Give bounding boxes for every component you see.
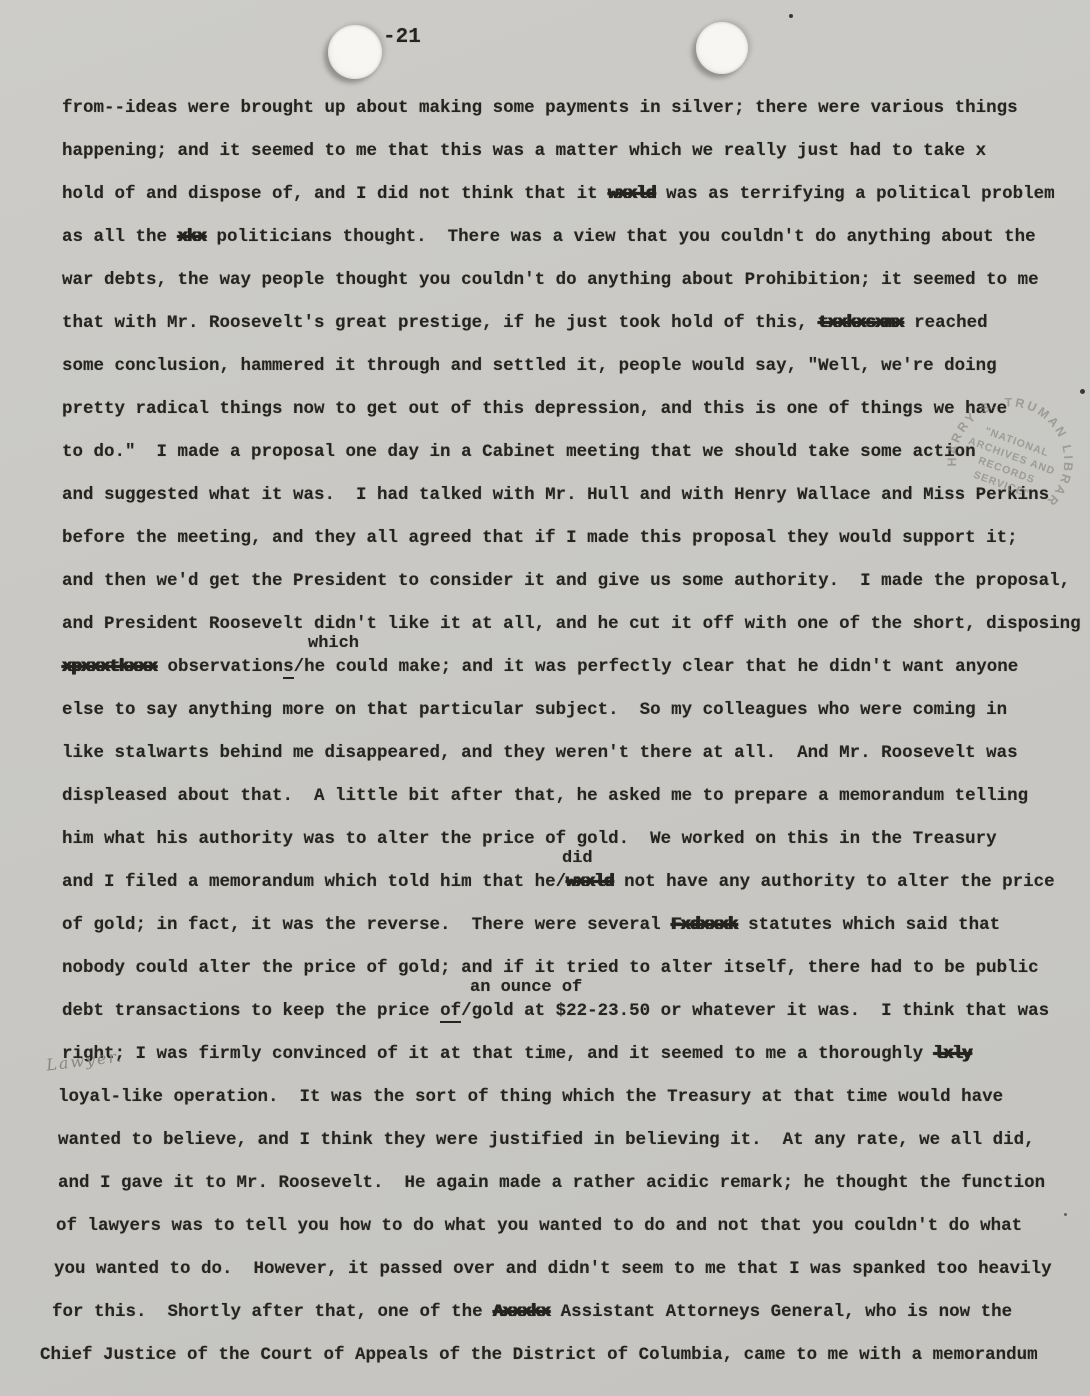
text-segment: not have any authority to alter the pric… [614, 872, 1055, 892]
text-segment: of lawyers was to tell you how to do wha… [56, 1216, 1022, 1236]
text-segment: Chief Justice of the Court of Appeals of… [40, 1345, 1038, 1365]
text-segment: loyal-like operation. It was the sort of… [58, 1087, 1003, 1107]
struck-out-text: xpxxxtkxxx [62, 657, 157, 677]
struck-out-text: wxxld [608, 184, 656, 204]
interlined-insertion: did [562, 848, 593, 870]
text-segment: you wanted to do. However, it passed ove… [54, 1259, 1052, 1279]
text-segment: and I gave it to Mr. Roosevelt. He again… [58, 1173, 1045, 1193]
text-segment: him what his authority was to alter the … [62, 829, 997, 849]
interlined-insertion: an ounce of [470, 977, 582, 999]
typescript-line: to do." I made a proposal one day in a C… [62, 441, 976, 463]
typescript-line: else to say anything more on that partic… [62, 699, 1007, 721]
typescript-line: wanted to believe, and I think they were… [58, 1129, 1035, 1151]
typescript-line: you wanted to do. However, it passed ove… [54, 1258, 1052, 1280]
interlined-insertion: which [308, 633, 359, 655]
struck-out-text: Axxxkx [493, 1302, 550, 1322]
typescript-line: loyal-like operation. It was the sort of… [58, 1086, 1003, 1108]
archives-stamp-graphic: HARRY S. TRUMAN LIBRARY "NATIONAL ARCHIV… [943, 394, 1077, 528]
text-segment: observation [157, 657, 283, 677]
typescript-line: Chief Justice of the Court of Appeals of… [40, 1344, 1038, 1366]
text-segment: and President Roosevelt didn't like it a… [62, 614, 1081, 634]
text-segment: from--ideas were brought up about making… [62, 98, 1018, 118]
text-segment: some conclusion, hammered it through and… [62, 356, 997, 376]
text-segment: and suggested what it was. I had talked … [62, 485, 1049, 505]
text-segment: before the meeting, and they all agreed … [62, 528, 1018, 548]
document-page: -21 from--ideas were brought up about ma… [0, 0, 1090, 1396]
text-segment: politicians thought. There was a view th… [206, 227, 1036, 247]
typescript-line: happening; and it seemed to me that this… [62, 140, 986, 162]
typescript-line: of lawyers was to tell you how to do wha… [56, 1215, 1022, 1237]
text-segment: Assistant Attorneys General, who is now … [550, 1302, 1012, 1322]
text-segment: did [562, 849, 593, 868]
text-segment: to do." I made a proposal one day in a C… [62, 442, 976, 462]
typescript-line: and I gave it to Mr. Roosevelt. He again… [58, 1172, 1045, 1194]
paper-speck [789, 14, 793, 18]
typescript-line: xpxxxtkxxx observations/he could make; a… [62, 656, 1018, 678]
typescript-line: debt transactions to keep the price of/g… [62, 1000, 1049, 1022]
typescript-line: him what his authority was to alter the … [62, 828, 997, 850]
struck-out-text: Fxdxxxk [671, 915, 738, 935]
text-segment: hold of and dispose of, and I did not th… [62, 184, 608, 204]
text-segment: /he could make; and it was perfectly cle… [294, 657, 1019, 677]
text-segment: was as terrifying a political problem [656, 184, 1055, 204]
paper-speck [1080, 389, 1085, 394]
text-segment: and then we'd get the President to consi… [62, 571, 1070, 591]
text-segment: as all the [62, 227, 178, 247]
typescript-line: displeased about that. A little bit afte… [62, 785, 1028, 807]
typescript-line: from--ideas were brought up about making… [62, 97, 1018, 119]
struck-out-text: wxxld [566, 872, 614, 892]
hole-punch-right [696, 22, 748, 74]
text-segment: and I filed a memorandum which told him … [62, 872, 566, 892]
typescript-line: before the meeting, and they all agreed … [62, 527, 1018, 549]
typescript-line: and suggested what it was. I had talked … [62, 484, 1049, 506]
typescript-line: and President Roosevelt didn't like it a… [62, 613, 1081, 635]
typescript-line: of gold; in fact, it was the reverse. Th… [62, 914, 1000, 936]
typescript-line: and then we'd get the President to consi… [62, 570, 1070, 592]
text-segment: an ounce of [470, 978, 582, 997]
handwritten-annotation: Lawyer. [45, 1046, 124, 1074]
text-segment: like stalwarts behind me disappeared, an… [62, 743, 1018, 763]
struck-out-text: lxly [934, 1044, 972, 1064]
typescript-line: like stalwarts behind me disappeared, an… [62, 742, 1018, 764]
typescript-line: that with Mr. Roosevelt's great prestige… [62, 312, 988, 334]
text-segment: for this. Shortly after that, one of the [52, 1302, 493, 1322]
text-segment: pretty radical things now to get out of … [62, 399, 1007, 419]
text-segment: reached [904, 313, 988, 333]
text-segment: /gold at $22-23.50 or whatever it was. I… [461, 1001, 1049, 1021]
text-segment: right; I was firmly convinced of it at t… [62, 1044, 934, 1064]
typescript-line: hold of and dispose of, and I did not th… [62, 183, 1055, 205]
text-segment: of gold; in fact, it was the reverse. Th… [62, 915, 671, 935]
typescript-line: some conclusion, hammered it through and… [62, 355, 997, 377]
struck-out-text: txxkxsxmx [818, 313, 904, 333]
page-number: -21 [383, 26, 421, 49]
typescript-line: and I filed a memorandum which told him … [62, 871, 1055, 893]
text-segment: which [308, 634, 359, 653]
text-segment: nobody could alter the price of gold; an… [62, 958, 1039, 978]
text-segment: else to say anything more on that partic… [62, 700, 1007, 720]
typescript-line: for this. Shortly after that, one of the… [52, 1301, 1012, 1323]
typescript-line: right; I was firmly convinced of it at t… [62, 1043, 972, 1065]
text-segment: wanted to believe, and I think they were… [58, 1130, 1035, 1150]
text-segment: debt transactions to keep the price [62, 1001, 440, 1021]
text-segment: s [283, 657, 294, 679]
text-segment: happening; and it seemed to me that this… [62, 141, 986, 161]
text-segment: war debts, the way people thought you co… [62, 270, 1039, 290]
typescript-line: as all the xkx politicians thought. Ther… [62, 226, 1036, 248]
archives-stamp: HARRY S. TRUMAN LIBRARY "NATIONAL ARCHIV… [943, 394, 1077, 528]
text-segment: statutes which said that [738, 915, 1001, 935]
text-segment: displeased about that. A little bit afte… [62, 786, 1028, 806]
text-segment: that with Mr. Roosevelt's great prestige… [62, 313, 818, 333]
hole-punch-left [328, 25, 382, 79]
struck-out-text: xkx [178, 227, 207, 247]
typescript-line: pretty radical things now to get out of … [62, 398, 1007, 420]
text-segment: of [440, 1001, 461, 1023]
typescript-line: war debts, the way people thought you co… [62, 269, 1039, 291]
typescript-line: nobody could alter the price of gold; an… [62, 957, 1039, 979]
paper-speck [1064, 1213, 1067, 1216]
